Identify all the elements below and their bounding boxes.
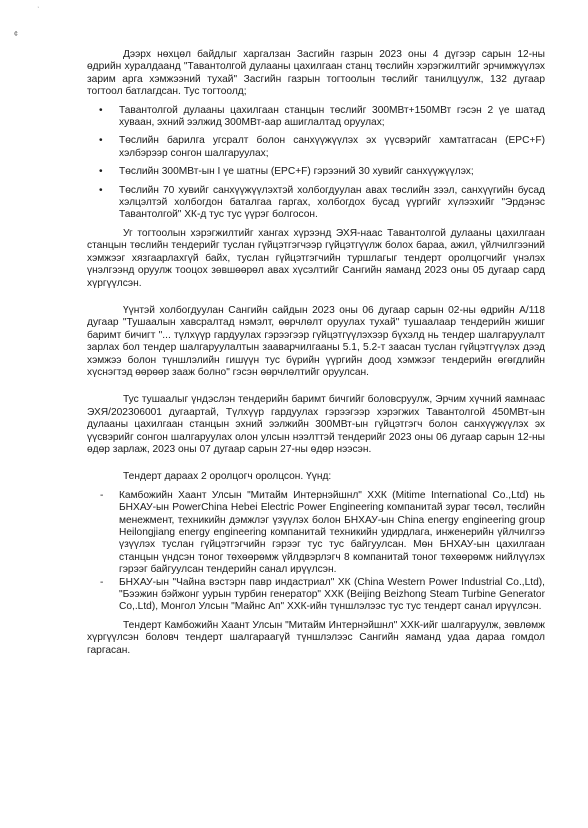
paragraph-tender-announcement: Тус тушаалыг үндэслэн тендерийн баримт б… [87, 394, 545, 456]
participants-dash-list: -Камбожийн Хаант Улсын "Митайм Интернэйш… [87, 490, 545, 614]
margin-mark: ¢ [14, 31, 18, 38]
dash-icon: - [100, 490, 103, 502]
list-item: -БНХАУ-ын "Чайна вэстэрн павр индастриал… [87, 577, 545, 614]
bullet-icon: • [99, 135, 103, 147]
paragraph-ministry-order: Үүнтэй холбогдуулан Сангийн сайдын 2023 … [87, 305, 545, 379]
margin-mark: ʾ [37, 7, 39, 14]
document-page: Дээрх нөхцөл байдлыг харгалзан Засгийн г… [87, 49, 545, 657]
paragraph-participants-intro: Тендерт дараах 2 оролцогч оролцсон. Үүнд… [87, 471, 545, 483]
list-item: •Төслийн 70 хувийг санхүүжүүлэхтэй холбо… [87, 185, 545, 222]
dash-icon: - [100, 577, 103, 589]
resolution-bullet-list: •Тавантолгой дулааны цахилгаан станцын т… [87, 105, 545, 222]
bullet-icon: • [99, 166, 103, 178]
list-item: •Төслийн барилга угсралт болон санхүүжүү… [87, 135, 545, 160]
bullet-icon: • [99, 105, 103, 117]
paragraph-resolution-intro: Дээрх нөхцөл байдлыг харгалзан Засгийн г… [87, 49, 545, 99]
paragraph-implementation: Уг тогтоолын хэрэгжилтийг хангах хүрээнд… [87, 228, 545, 290]
bullet-icon: • [99, 185, 103, 197]
paragraph-complaint: Тендерт Камбожийн Хаант Улсын "Митайм Ин… [87, 620, 545, 657]
list-item: -Камбожийн Хаант Улсын "Митайм Интернэйш… [87, 490, 545, 577]
list-item: •Тавантолгой дулааны цахилгаан станцын т… [87, 105, 545, 130]
list-item: •Төслийн 300МВт-ын I үе шатны (EPC+F) гэ… [87, 166, 545, 178]
